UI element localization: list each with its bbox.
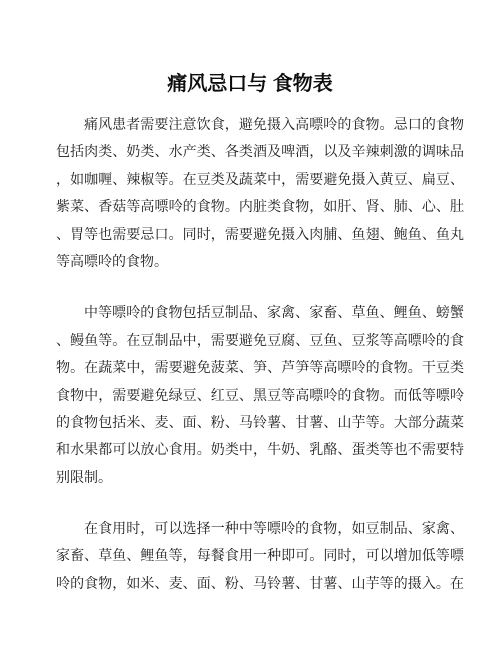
text-line: 物。在蔬菜中，需要避免菠菜、笋、芦笋等高嘌呤的食物。干豆类 [56, 355, 464, 382]
text-line: 、鳗鱼等。在豆制品中，需要避免豆腐、豆鱼、豆浆等高嘌呤的食 [56, 328, 464, 355]
text-line: 食物中，需要避免绿豆、红豆、黑豆等高嘌呤的食物。而低等嘌呤 [56, 383, 464, 410]
paragraph-2: 中等嘌呤的食物包括豆制品、家禽、家畜、草鱼、鲤鱼、螃蟹 、鳗鱼等。在豆制品中，需… [56, 300, 464, 492]
document-title: 痛风忌口与 食物表 [0, 70, 500, 98]
document-body: 痛风患者需要注意饮食，避免摄入高嘌呤的食物。忌口的食物 包括肉类、奶类、水产类、… [56, 112, 464, 622]
text-line: 的食物包括米、麦、面、粉、马铃薯、甘薯、山芋等。大部分蔬菜 [56, 410, 464, 437]
text-line: 等高嘌呤的食物。 [56, 249, 464, 276]
text-line: 家畜、草鱼、鲤鱼等，每餐食用一种即可。同时，可以增加低等嘌 [56, 543, 464, 570]
text-line: 和水果都可以放心食用。奶类中，牛奶、乳酪、蛋类等也不需要特 [56, 437, 464, 464]
document-page: 痛风忌口与 食物表 痛风患者需要注意饮食，避免摄入高嘌呤的食物。忌口的食物 包括… [0, 0, 500, 647]
paragraph-1: 痛风患者需要注意饮食，避免摄入高嘌呤的食物。忌口的食物 包括肉类、奶类、水产类、… [56, 112, 464, 276]
text-line: 包括肉类、奶类、水产类、各类酒及啤酒，以及辛辣刺激的调味品 [56, 139, 464, 166]
text-line: 痛风患者需要注意饮食，避免摄入高嘌呤的食物。忌口的食物 [56, 112, 464, 139]
text-line: 、胃等也需要忌口。同时，需要避免摄入肉脯、鱼翅、鲍鱼、鱼丸 [56, 222, 464, 249]
text-line: 中等嘌呤的食物包括豆制品、家禽、家畜、草鱼、鲤鱼、螃蟹 [56, 300, 464, 327]
text-line: ，如咖喱、辣椒等。在豆类及蔬菜中，需要避免摄入黄豆、扁豆、 [56, 167, 464, 194]
text-line: 呤的食物，如米、麦、面、粉、马铃薯、甘薯、山芋等的摄入。在 [56, 571, 464, 598]
text-line: 在食用时，可以选择一种中等嘌呤的食物，如豆制品、家禽、 [56, 516, 464, 543]
text-line: 紫菜、香菇等高嘌呤的食物。内脏类食物，如肝、肾、肺、心、肚 [56, 194, 464, 221]
text-line: 别限制。 [56, 465, 464, 492]
paragraph-3: 在食用时，可以选择一种中等嘌呤的食物，如豆制品、家禽、 家畜、草鱼、鲤鱼等，每餐… [56, 516, 464, 598]
